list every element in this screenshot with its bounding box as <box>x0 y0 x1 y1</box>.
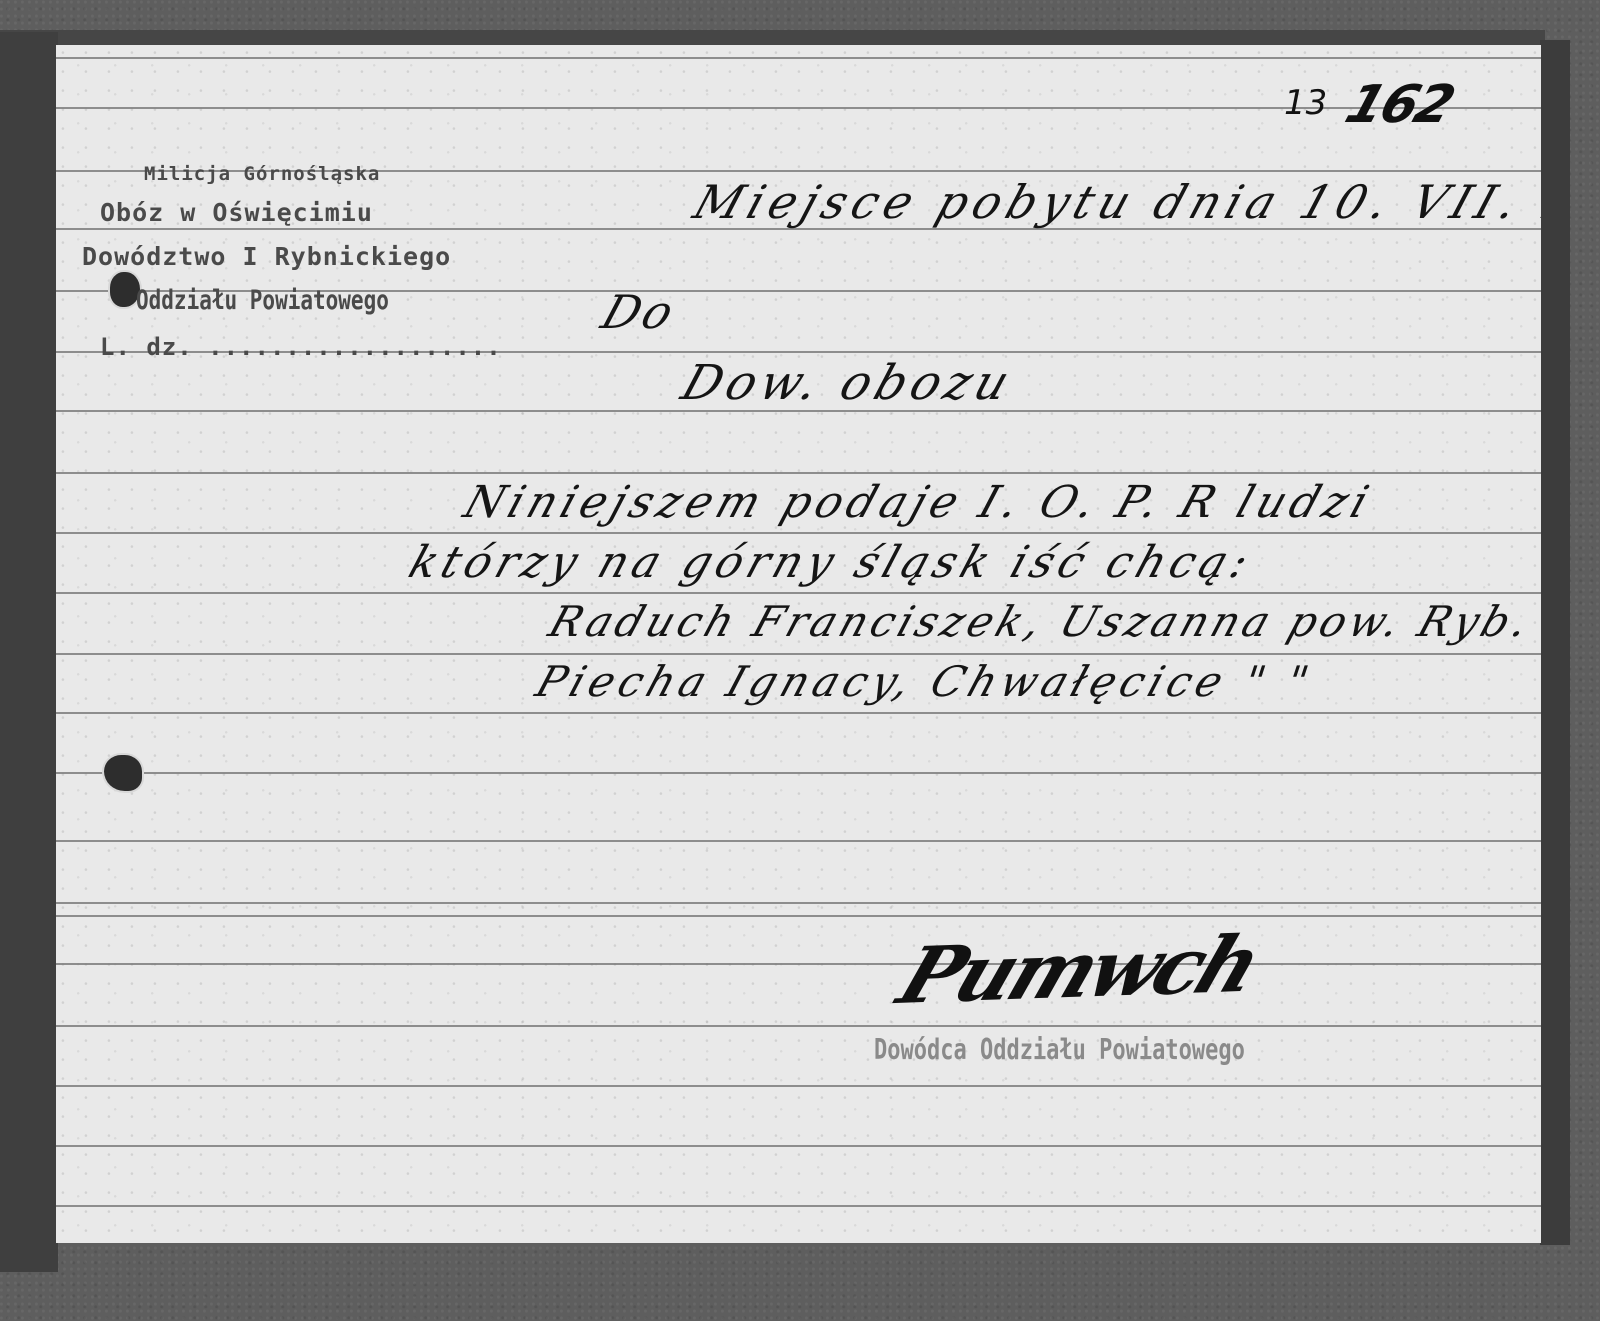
body-line-4: Piecha Ignacy, Chwałęcice " " <box>530 657 1320 706</box>
signature-stamp: Dowódca Oddziału Powiatowego <box>874 1034 1245 1067</box>
rule-line <box>56 653 1541 655</box>
addressee-dow-obozu: Dow. obozu <box>675 355 1021 411</box>
rule-line <box>56 1025 1541 1027</box>
rule-line <box>56 963 1541 965</box>
body-line-2: którzy na górny śląsk iść chcą: <box>403 537 1260 588</box>
rule-line <box>56 1145 1541 1147</box>
stamp-line-oboz: Obóz w Oświęcimiu <box>100 198 373 227</box>
scan-background-left <box>0 32 58 1272</box>
punch-hole-bottom <box>104 755 142 791</box>
signature: Pumwch <box>887 919 1270 1022</box>
place-date-line: Miejsce pobytu dnia 10. VII. 19r <box>687 175 1541 229</box>
document-page: 13 162 Milicja Górnośląska Obóz w Oświęc… <box>56 45 1541 1243</box>
rule-line <box>56 1085 1541 1087</box>
rule-line <box>56 532 1541 534</box>
scan-background-right <box>1540 40 1570 1245</box>
stamp-line-milicja: Milicja Górnośląska <box>144 163 380 185</box>
rule-line <box>56 712 1541 714</box>
rule-line <box>56 902 1541 904</box>
stamp-line-dowodztwo: Dowództwo I Rybnickiego <box>82 242 451 271</box>
addressee-do: Do <box>595 285 683 339</box>
rule-line <box>56 592 1541 594</box>
rule-line <box>56 840 1541 842</box>
rule-line <box>56 1205 1541 1207</box>
scan-background-top <box>0 30 1545 46</box>
reference-number: 162 <box>1338 75 1460 135</box>
rule-line <box>56 57 1541 59</box>
rule-line <box>56 472 1541 474</box>
body-line-3: Raduch Franciszek, Uszanna pow. Ryb. <box>543 597 1539 646</box>
stamp-line-ldz: L. dz. ................... <box>100 333 502 361</box>
rule-line <box>56 915 1541 917</box>
stamp-line-oddzialu: Oddziału Powiatowego <box>136 285 389 315</box>
body-line-1: Niniejszem podaje I. O. P. R ludzi <box>458 477 1380 528</box>
rule-line <box>56 772 1541 774</box>
reference-prefix: 13 <box>1284 83 1327 123</box>
